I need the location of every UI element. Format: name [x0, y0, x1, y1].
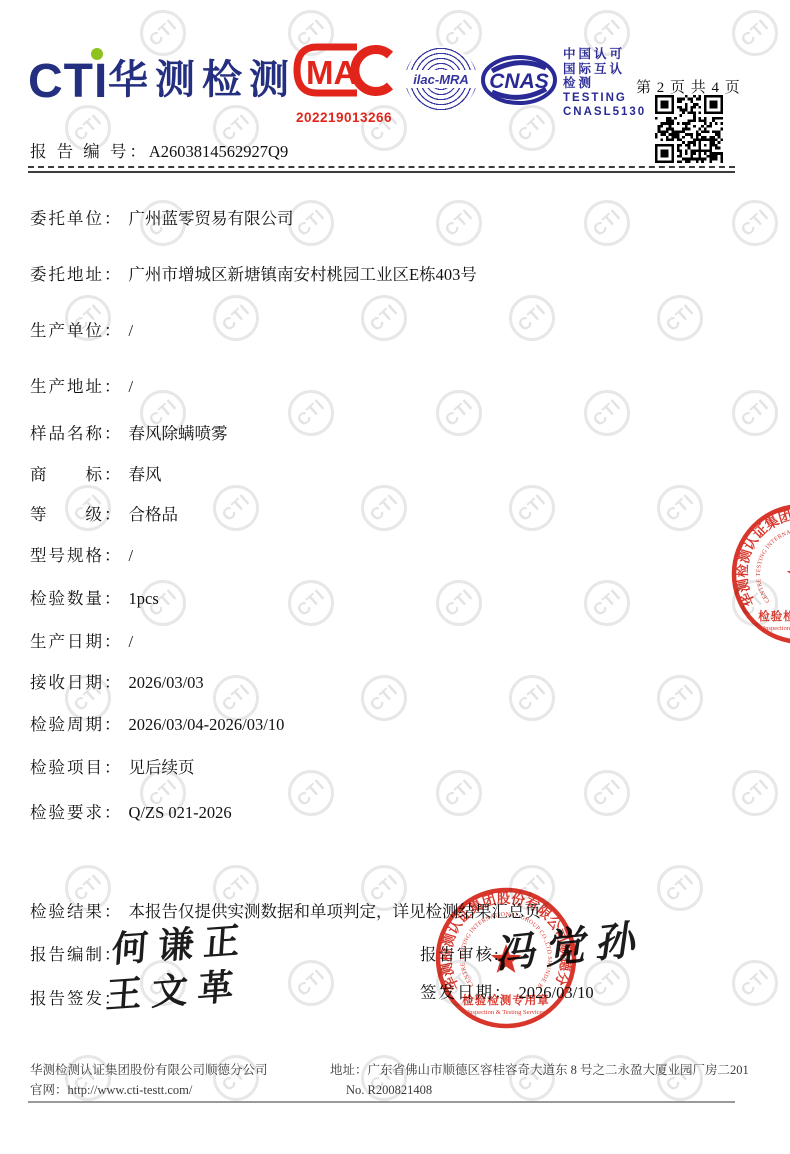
- field-row-grade: 等 级：合格品: [30, 501, 178, 525]
- cti-watermark-icon: CTI: [657, 865, 703, 911]
- field-row-client-address: 委托地址：广州市增城区新塘镇南安村桃园工业区E栋403号: [30, 261, 477, 285]
- field-value: Q/ZS 021-2026: [129, 803, 232, 822]
- cti-watermark-icon: CTI: [361, 295, 407, 341]
- field-row-model-spec: 型号规格：/: [30, 542, 133, 566]
- field-row-manufacturer-address: 生产地址：/: [30, 373, 133, 397]
- cti-watermark-icon: CTI: [288, 580, 334, 626]
- cti-watermark-icon: CTI: [509, 105, 555, 151]
- field-label: 检验数量：: [30, 589, 123, 608]
- cti-watermark-icon: CTI: [140, 10, 186, 56]
- footer-website-label: 官网：: [30, 1083, 68, 1097]
- cti-watermark-icon: CTI: [288, 200, 334, 246]
- footer-website-row: 官网：http://www.cti-testt.com/: [30, 1080, 268, 1100]
- cti-watermark-icon: CTI: [509, 295, 555, 341]
- cti-watermark-icon: CTI: [657, 675, 703, 721]
- cti-logo-green-dot-icon: [91, 48, 103, 60]
- footer-registration-no: No. R200821408: [330, 1080, 749, 1100]
- field-label: 检验周期：: [30, 715, 123, 734]
- report-number-value: A2603814562927Q9: [149, 142, 288, 161]
- report-number-label: 报 告 编 号：: [30, 142, 149, 161]
- report-prepared-row: 报告编制：: [30, 941, 123, 965]
- accreditation-text: 中国认可 国际互认 检测 TESTING CNASL5130: [563, 47, 646, 120]
- svg-text:检验检测专用章: 检验检测专用章: [462, 993, 550, 1007]
- footer-company-name: 华测检测认证集团股份有限公司顺德分公司: [30, 1060, 268, 1080]
- footer-company-block: 华测检测认证集团股份有限公司顺德分公司 官网：http://www.cti-te…: [30, 1060, 268, 1100]
- field-row-test-period: 检验周期：2026/03/04-2026/03/10: [30, 711, 284, 735]
- cma-number: 202219013266: [293, 110, 395, 125]
- cti-watermark-icon: CTI: [361, 675, 407, 721]
- field-value: 广州蓝零贸易有限公司: [129, 209, 294, 228]
- cti-watermark-icon: CTI: [584, 200, 630, 246]
- field-value: /: [129, 546, 134, 565]
- cti-watermark-icon: CTI: [436, 390, 482, 436]
- field-row-receipt-date: 接收日期：2026/03/03: [30, 669, 204, 693]
- cma-mark: MA 202219013266: [293, 42, 395, 125]
- cti-watermark-icon: CTI: [732, 10, 778, 56]
- cti-watermark-icon: CTI: [213, 485, 259, 531]
- svg-text:华测检测认证集团股份有限公司顺德分公司: 华测检测认证集团股份有限公司顺德分公司: [431, 883, 574, 993]
- field-value: 见后续页: [129, 758, 195, 777]
- footer-divider: [28, 1101, 735, 1103]
- field-row-production-date: 生产日期：/: [30, 628, 133, 652]
- field-value: 春风除螨喷雾: [129, 424, 228, 443]
- accreditation-line: TESTING: [563, 91, 646, 106]
- report-number-row: 报 告 编 号：A2603814562927Q9: [30, 138, 288, 162]
- cti-watermark-icon: CTI: [584, 770, 630, 816]
- prepared-label: 报告编制：: [30, 945, 123, 964]
- cti-watermark-icon: CTI: [584, 580, 630, 626]
- accreditation-line: 国际互认: [563, 62, 646, 77]
- field-row-manufacturer: 生产单位：/: [30, 317, 133, 341]
- field-label: 生产地址：: [30, 377, 123, 396]
- cti-watermark-icon: CTI: [436, 200, 482, 246]
- cti-watermark-icon: CTI: [657, 485, 703, 531]
- company-seal-partial-icon: 华测检测认证集团股份有限公司顺德分公司 CENTRE TESTING INTER…: [727, 499, 790, 649]
- field-label: 样品名称：: [30, 424, 123, 443]
- svg-text:Inspection & Testing Services: Inspection & Testing Services: [467, 1009, 545, 1016]
- ilac-mra-mark: ilac-MRA: [405, 46, 477, 112]
- cti-watermark-icon: CTI: [509, 675, 555, 721]
- cnas-mark-icon: CNAS: [480, 54, 558, 106]
- footer-address-block: 地址：广东省佛山市顺德区容桂容奇大道东 8 号之二永盈大厦业园厂房二201 No…: [330, 1060, 749, 1100]
- field-value: 2026/03/03: [129, 673, 204, 692]
- cti-watermark-icon: CTI: [732, 200, 778, 246]
- field-label: 检验结果：: [30, 902, 123, 921]
- cti-watermark-icon: CTI: [436, 770, 482, 816]
- accreditation-line: CNASL5130: [563, 105, 646, 120]
- cti-watermark-icon: CTI: [732, 960, 778, 1006]
- field-value: /: [129, 377, 134, 396]
- field-label: 等 级：: [30, 505, 123, 524]
- svg-text:MA: MA: [306, 54, 357, 91]
- cti-logo-text: CTI: [28, 55, 108, 108]
- field-value: 广州市增城区新塘镇南安村桃园工业区E栋403号: [129, 265, 477, 284]
- cti-watermark-icon: CTI: [509, 485, 555, 531]
- field-value: /: [129, 321, 134, 340]
- cti-watermark-icon: CTI: [213, 295, 259, 341]
- footer-website-url: http://www.cti-testt.com/: [68, 1083, 193, 1097]
- field-label: 生产日期：: [30, 632, 123, 651]
- cti-watermark-icon: CTI: [657, 295, 703, 341]
- issued-signature: 王文革: [104, 958, 245, 1019]
- footer-address-label: 地址：: [330, 1063, 368, 1077]
- company-seal-icon: 华测检测认证集团股份有限公司顺德分公司 CENTRE TESTING INTER…: [431, 883, 581, 1033]
- field-label: 接收日期：: [30, 673, 123, 692]
- field-label: 委托地址：: [30, 265, 123, 284]
- field-label: 检验项目：: [30, 758, 123, 777]
- cti-watermark-icon: CTI: [732, 770, 778, 816]
- ilac-mra-label: ilac-MRA: [402, 70, 480, 88]
- field-value: 2026/03/04-2026/03/10: [129, 715, 285, 734]
- accreditation-line: 中国认可: [563, 47, 646, 62]
- field-row-test-items: 检验项目：见后续页: [30, 754, 195, 778]
- field-label: 检验要求：: [30, 803, 123, 822]
- header-dashed-divider: [28, 166, 735, 168]
- svg-text:检验检测专用章: 检验检测专用章: [758, 609, 790, 623]
- page-number: 第 2 页 共 4 页: [636, 76, 741, 97]
- svg-text:CNAS: CNAS: [489, 70, 549, 93]
- svg-text:Inspection & Testing Services: Inspection & Testing Services: [763, 625, 790, 632]
- cti-logo: CTI: [28, 58, 108, 106]
- field-value: 春风: [129, 465, 162, 484]
- cti-watermark-icon: CTI: [584, 390, 630, 436]
- field-value: /: [129, 632, 134, 651]
- field-row-client: 委托单位：广州蓝零贸易有限公司: [30, 205, 294, 229]
- qr-code-icon: [655, 95, 723, 163]
- header-solid-divider: [28, 171, 735, 173]
- footer-address-row: 地址：广东省佛山市顺德区容桂容奇大道东 8 号之二永盈大厦业园厂房二201: [330, 1060, 749, 1080]
- cti-watermark-icon: CTI: [361, 485, 407, 531]
- field-row-test-requirement: 检验要求：Q/ZS 021-2026: [30, 799, 232, 823]
- cma-mark-icon: MA: [293, 42, 395, 104]
- accreditation-line: 检测: [563, 76, 646, 91]
- field-value: 合格品: [129, 505, 179, 524]
- field-row-quantity: 检验数量：1pcs: [30, 585, 159, 609]
- field-label: 商 标：: [30, 465, 123, 484]
- field-row-sample-name: 样品名称：春风除螨喷雾: [30, 420, 228, 444]
- field-label: 型号规格：: [30, 546, 123, 565]
- company-logo-name: 华测检测: [108, 60, 296, 100]
- cti-watermark-icon: CTI: [732, 390, 778, 436]
- cti-watermark-icon: CTI: [288, 390, 334, 436]
- cti-watermark-icon: CTI: [288, 770, 334, 816]
- footer-address-value: 广东省佛山市顺德区容桂容奇大道东 8 号之二永盈大厦业园厂房二201: [368, 1063, 749, 1077]
- field-row-trademark: 商 标：春风: [30, 461, 162, 485]
- field-label: 生产单位：: [30, 321, 123, 340]
- cnas-mark: CNAS: [480, 54, 558, 106]
- cti-watermark-icon: CTI: [436, 580, 482, 626]
- field-value: 1pcs: [129, 589, 159, 608]
- report-page: CTICTICTICTICTICTICTICTICTICTICTICTICTIC…: [0, 0, 790, 1154]
- cti-watermark-icon: CTI: [288, 960, 334, 1006]
- field-label: 委托单位：: [30, 209, 123, 228]
